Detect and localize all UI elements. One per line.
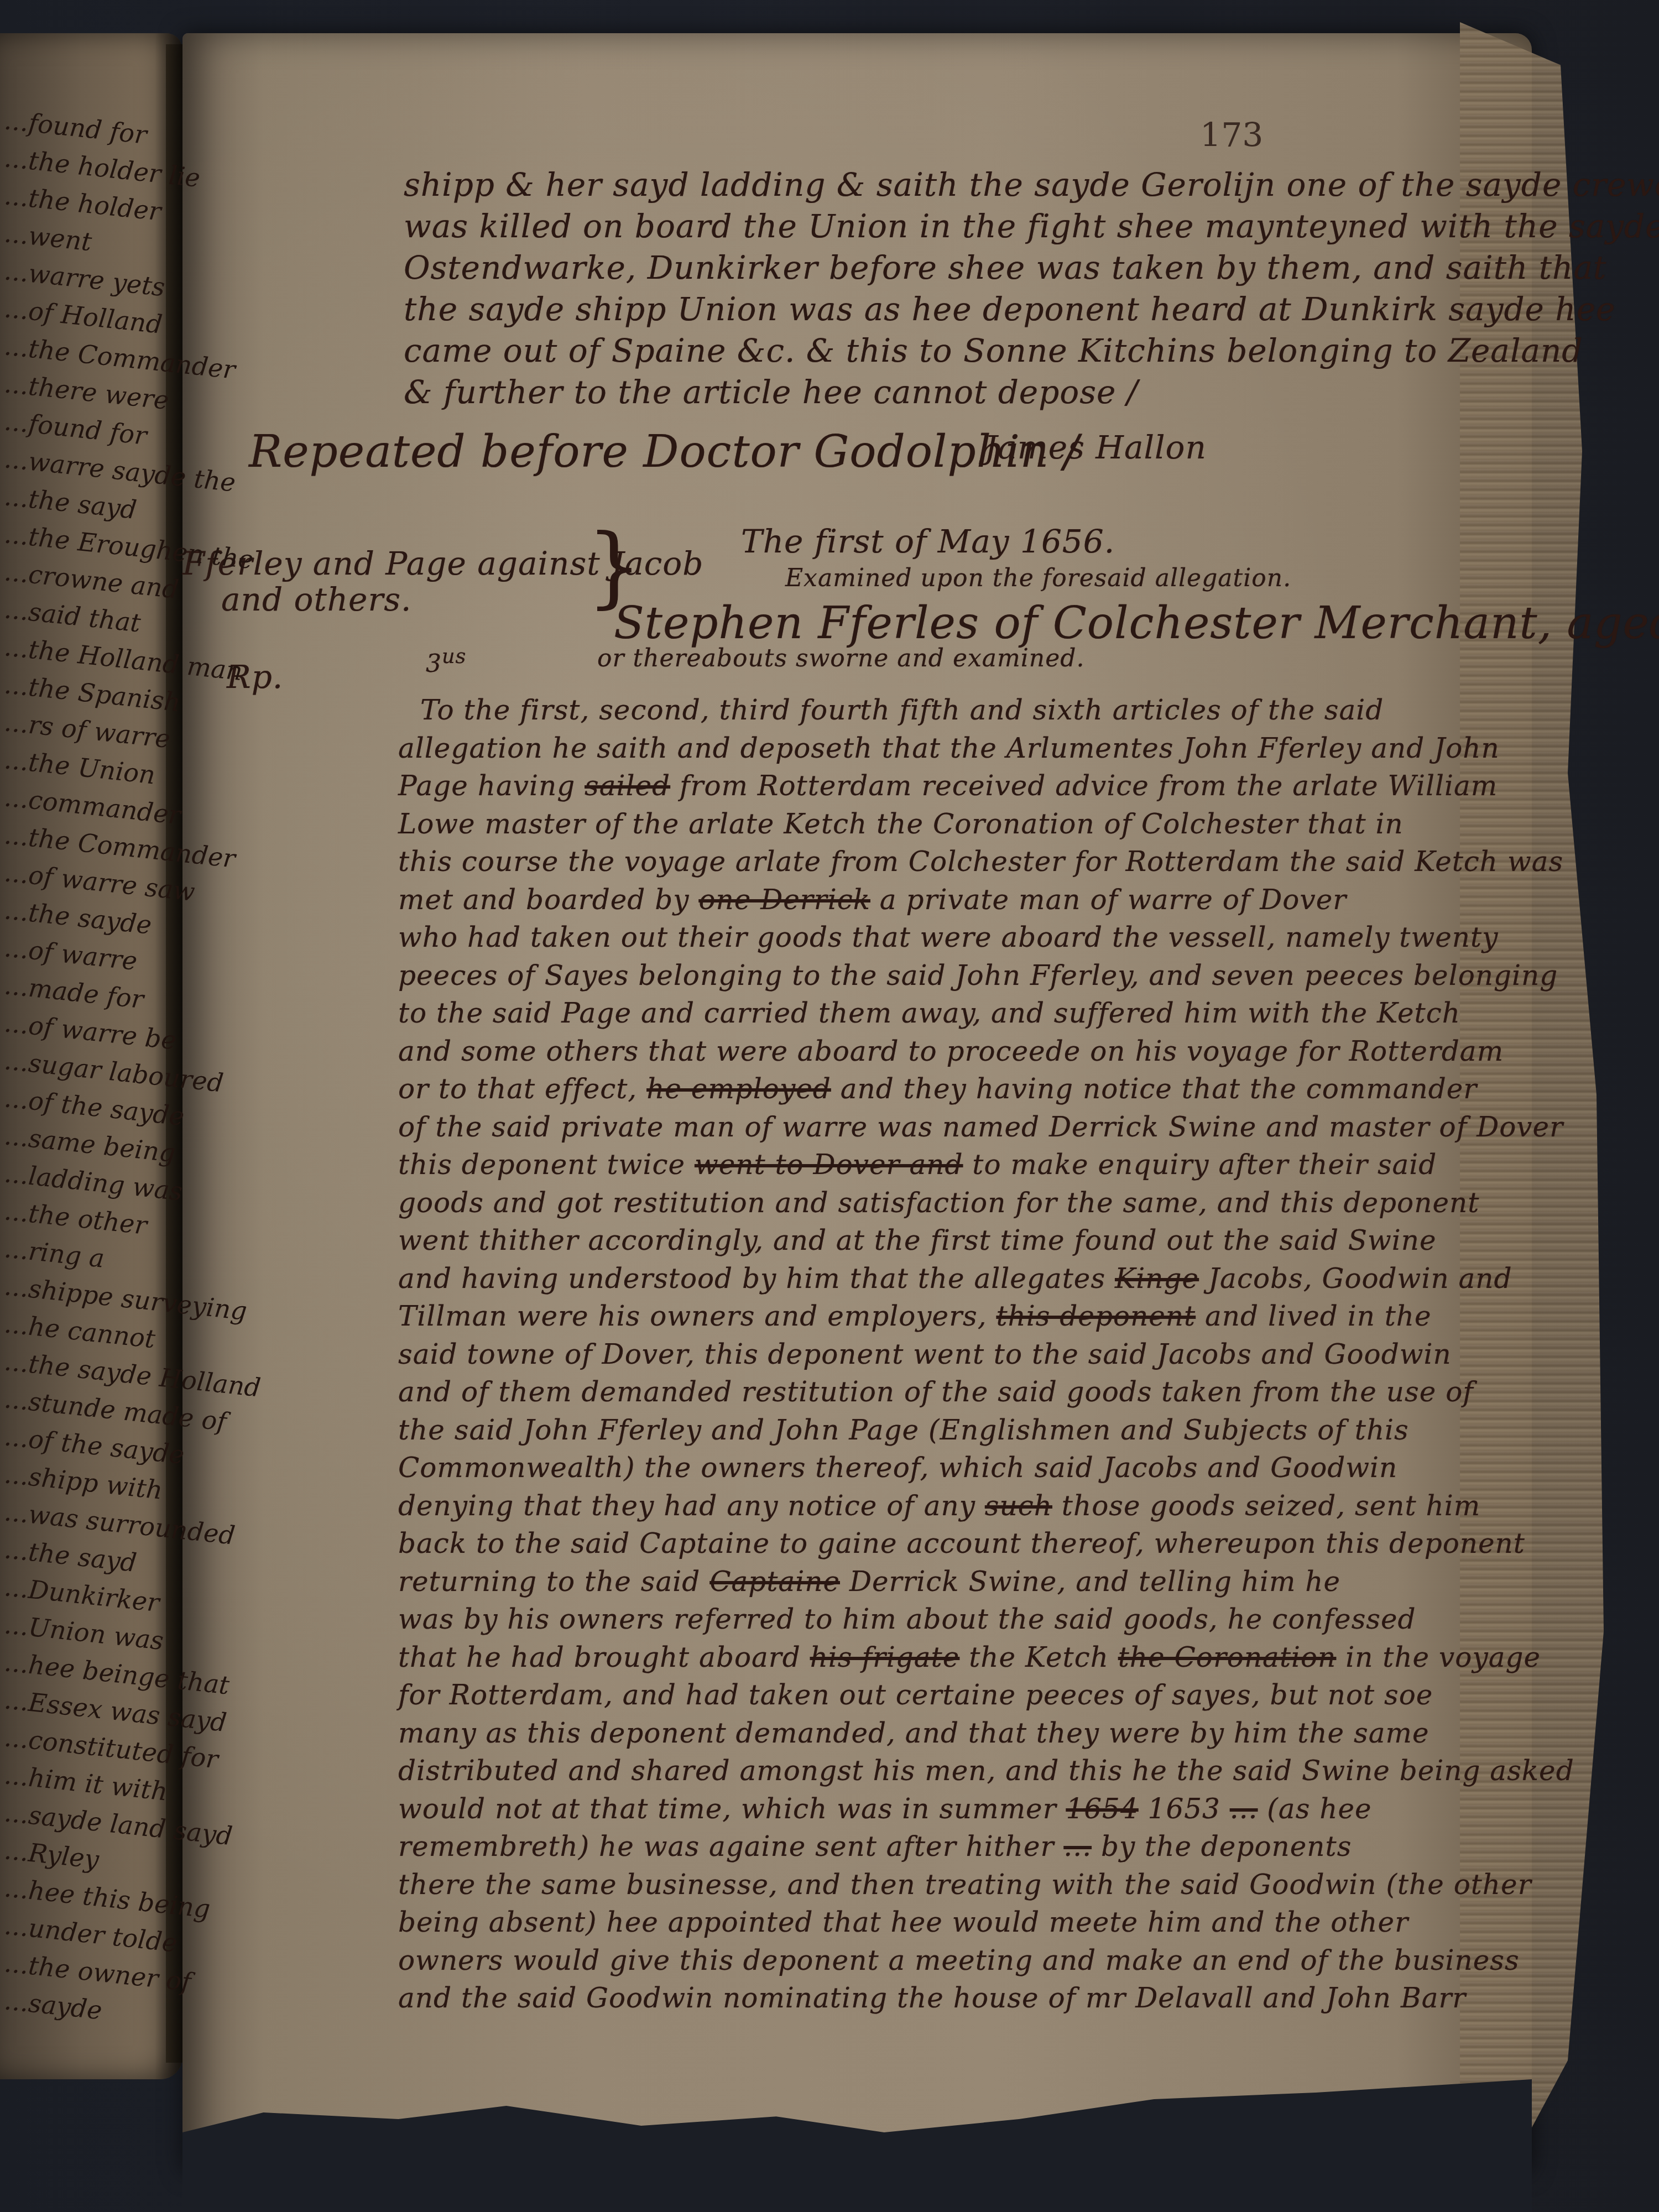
continuation-line: the sayde shipp Union was as hee deponen… [404, 290, 1615, 328]
continuation-line: Ostendwarke, Dunkirker before shee was t… [404, 249, 1606, 286]
text-run: that he had brought aboard [398, 1641, 810, 1673]
text-run: to the said Page and carried them away, … [398, 997, 1460, 1029]
text-run: the said John Fferley and John Page (Eng… [398, 1414, 1409, 1446]
text-run: for Rotterdam, and had taken out certain… [398, 1679, 1433, 1711]
deposition-line: of the said private man of warre was nam… [398, 1111, 1563, 1143]
deposition-line: met and boarded by one Derrick a private… [398, 884, 1347, 916]
continuation-line: came out of Spaine &c. & this to Sonne K… [404, 332, 1583, 369]
text-run: and of them demanded restitution of the … [398, 1376, 1474, 1408]
deposition-line: Tillman were his owners and employers, t… [398, 1300, 1432, 1332]
text-run: this deponent twice [398, 1149, 695, 1181]
struck-text: ... [1230, 1793, 1258, 1825]
text-run: or to that effect, [398, 1073, 646, 1105]
deposition-line: Lowe master of the arlate Ketch the Coro… [398, 808, 1404, 840]
text-run: 1653 [1139, 1793, 1230, 1825]
deposition-line: there the same businesse, and then treat… [398, 1869, 1532, 1901]
deposition-line: distributed and shared amongst his men, … [398, 1755, 1574, 1787]
text-run: this course the voyage arlate from Colch… [398, 846, 1563, 878]
text-run: a private man of warre of Dover [870, 884, 1347, 916]
text-run: being absent) hee appointed that hee wou… [398, 1906, 1408, 1938]
text-run: many as this deponent demanded, and that… [398, 1717, 1430, 1749]
text-run: peeces of Sayes belonging to the said Jo… [398, 959, 1558, 992]
text-run: and they having notice that the commande… [831, 1073, 1477, 1105]
witness-number-suffix: us [442, 644, 466, 668]
deposition-line: and having understood by him that the al… [398, 1262, 1512, 1295]
deposition-line: this course the voyage arlate from Colch… [398, 846, 1563, 878]
struck-text: ... [1063, 1830, 1092, 1863]
deposition-line: remembreth) he was againe sent after hit… [398, 1830, 1352, 1863]
deposition-line: Page having sailed from Rotterdam receiv… [398, 770, 1498, 802]
deposition-line: back to the said Captaine to gaine accou… [398, 1527, 1525, 1559]
deposition-line: returning to the said Captaine Derrick S… [398, 1566, 1340, 1598]
text-run: Derrick Swine, and telling him he [840, 1566, 1340, 1598]
deposition-line: allegation he saith and deposeth that th… [398, 732, 1500, 764]
deposition-line: goods and got restitution and satisfacti… [398, 1187, 1479, 1219]
text-run: To the first, second, third fourth fifth… [420, 694, 1384, 726]
text-run: (as hee [1258, 1793, 1371, 1825]
repetition-note: Repeated before Doctor Godolphin / [249, 426, 1079, 477]
text-run: owners would give this deponent a meetin… [398, 1944, 1520, 1976]
deposition-line: that he had brought aboard his frigate t… [398, 1641, 1541, 1673]
text-run: to make enquiry after their said [963, 1149, 1437, 1181]
text-run: would not at that time, which was in sum… [398, 1793, 1066, 1825]
text-run: the Ketch [959, 1641, 1118, 1673]
deposition-line: being absent) hee appointed that hee wou… [398, 1906, 1408, 1938]
continuation-line: & further to the article hee cannot depo… [404, 373, 1138, 411]
deposition-line: many as this deponent demanded, and that… [398, 1717, 1430, 1749]
text-run: distributed and shared amongst his men, … [398, 1755, 1574, 1787]
deposition-line: and of them demanded restitution of the … [398, 1376, 1474, 1408]
text-run: went thither accordingly, and at the fir… [398, 1224, 1437, 1256]
text-run: allegation he saith and deposeth that th… [398, 732, 1500, 764]
deposition-line: was by his owners referred to him about … [398, 1603, 1416, 1635]
struck-text: such [985, 1490, 1052, 1522]
text-run: in the voyage [1336, 1641, 1541, 1673]
text-run: back to the said Captaine to gaine accou… [398, 1527, 1525, 1559]
deposition-line: denying that they had any notice of any … [398, 1490, 1480, 1522]
struck-text: Captaine [709, 1566, 840, 1598]
text-run: Commonwealth) the owners thereof, which … [398, 1452, 1397, 1484]
deposition-line: Commonwealth) the owners thereof, which … [398, 1452, 1397, 1484]
text-run: and the said Goodwin nominating the hous… [398, 1982, 1466, 2014]
deposition-line: who had taken out their goods that were … [398, 921, 1498, 953]
deposition-line: for Rotterdam, and had taken out certain… [398, 1679, 1433, 1711]
text-run: remembreth) he was againe sent after hit… [398, 1830, 1063, 1863]
struck-text: he employed [646, 1073, 831, 1105]
deposition-line: this deponent twice went to Dover and to… [398, 1149, 1437, 1181]
deposition-line: owners would give this deponent a meetin… [398, 1944, 1520, 1976]
struck-text: Kinge [1115, 1262, 1199, 1295]
deposition-line: and the said Goodwin nominating the hous… [398, 1982, 1466, 2014]
text-run: there the same businesse, and then treat… [398, 1869, 1532, 1901]
text-run: returning to the said [398, 1566, 709, 1598]
struck-text: his frigate [810, 1641, 960, 1673]
text-run: goods and got restitution and satisfacti… [398, 1187, 1479, 1219]
text-run: Tillman were his owners and employers, [398, 1300, 997, 1332]
deposition-line: To the first, second, third fourth fifth… [420, 694, 1384, 726]
text-run: was by his owners referred to him about … [398, 1603, 1416, 1635]
text-run: Jacobs, Goodwin and [1199, 1262, 1512, 1295]
text-run: denying that they had any notice of any [398, 1490, 985, 1522]
text-run: Lowe master of the arlate Ketch the Coro… [398, 808, 1404, 840]
text-run: and lived in the [1196, 1300, 1432, 1332]
witness-line: Stephen Fferles of Colchester Merchant, … [614, 597, 1659, 649]
struck-text: 1654 [1066, 1793, 1138, 1825]
deposition-line: peeces of Sayes belonging to the said Jo… [398, 959, 1558, 992]
deposition-line: and some others that were aboard to proc… [398, 1035, 1504, 1067]
text-run: those goods seized, sent him [1052, 1490, 1480, 1522]
text-run: met and boarded by [398, 884, 698, 916]
deposition-line: would not at that time, which was in sum… [398, 1793, 1372, 1825]
deposition-line: said towne of Dover, this deponent went … [398, 1338, 1452, 1370]
witness-number-value: 3 [426, 650, 442, 678]
witness-line-2: or thereabouts sworne and examined. [597, 644, 1084, 672]
text-run: of the said private man of warre was nam… [398, 1111, 1563, 1143]
deposition-line: to the said Page and carried them away, … [398, 997, 1460, 1029]
case-title-line: and others. [221, 581, 411, 618]
struck-text: this deponent [997, 1300, 1196, 1332]
text-run: Page having [398, 770, 585, 802]
text-run: and some others that were aboard to proc… [398, 1035, 1504, 1067]
deposition-line: or to that effect, he employed and they … [398, 1073, 1477, 1105]
text-run: from Rotterdam received advice from the … [670, 770, 1498, 802]
text-run: said towne of Dover, this deponent went … [398, 1338, 1452, 1370]
struck-text: sailed [585, 770, 670, 802]
folio-number: 173 [1200, 116, 1264, 155]
deposition-line: the said John Fferley and John Page (Eng… [398, 1414, 1409, 1446]
continuation-line: shipp & her sayd ladding & saith the say… [404, 166, 1659, 204]
text-run: and having understood by him that the al… [398, 1262, 1115, 1295]
struck-text: the Coronation [1118, 1641, 1337, 1673]
continuation-line: was killed on board the Union in the fig… [404, 207, 1659, 245]
date-heading: The first of May 1656. [741, 523, 1115, 560]
text-run: by the deponents [1092, 1830, 1352, 1863]
struck-text: went to Dover and [695, 1149, 963, 1181]
deposition-line: went thither accordingly, and at the fir… [398, 1224, 1437, 1256]
text-run: who had taken out their goods that were … [398, 921, 1498, 953]
examination-note: Examined upon the foresaid allegation. [785, 564, 1291, 592]
struck-text: one Derrick [698, 884, 870, 916]
witness-number: 3us [426, 644, 466, 678]
